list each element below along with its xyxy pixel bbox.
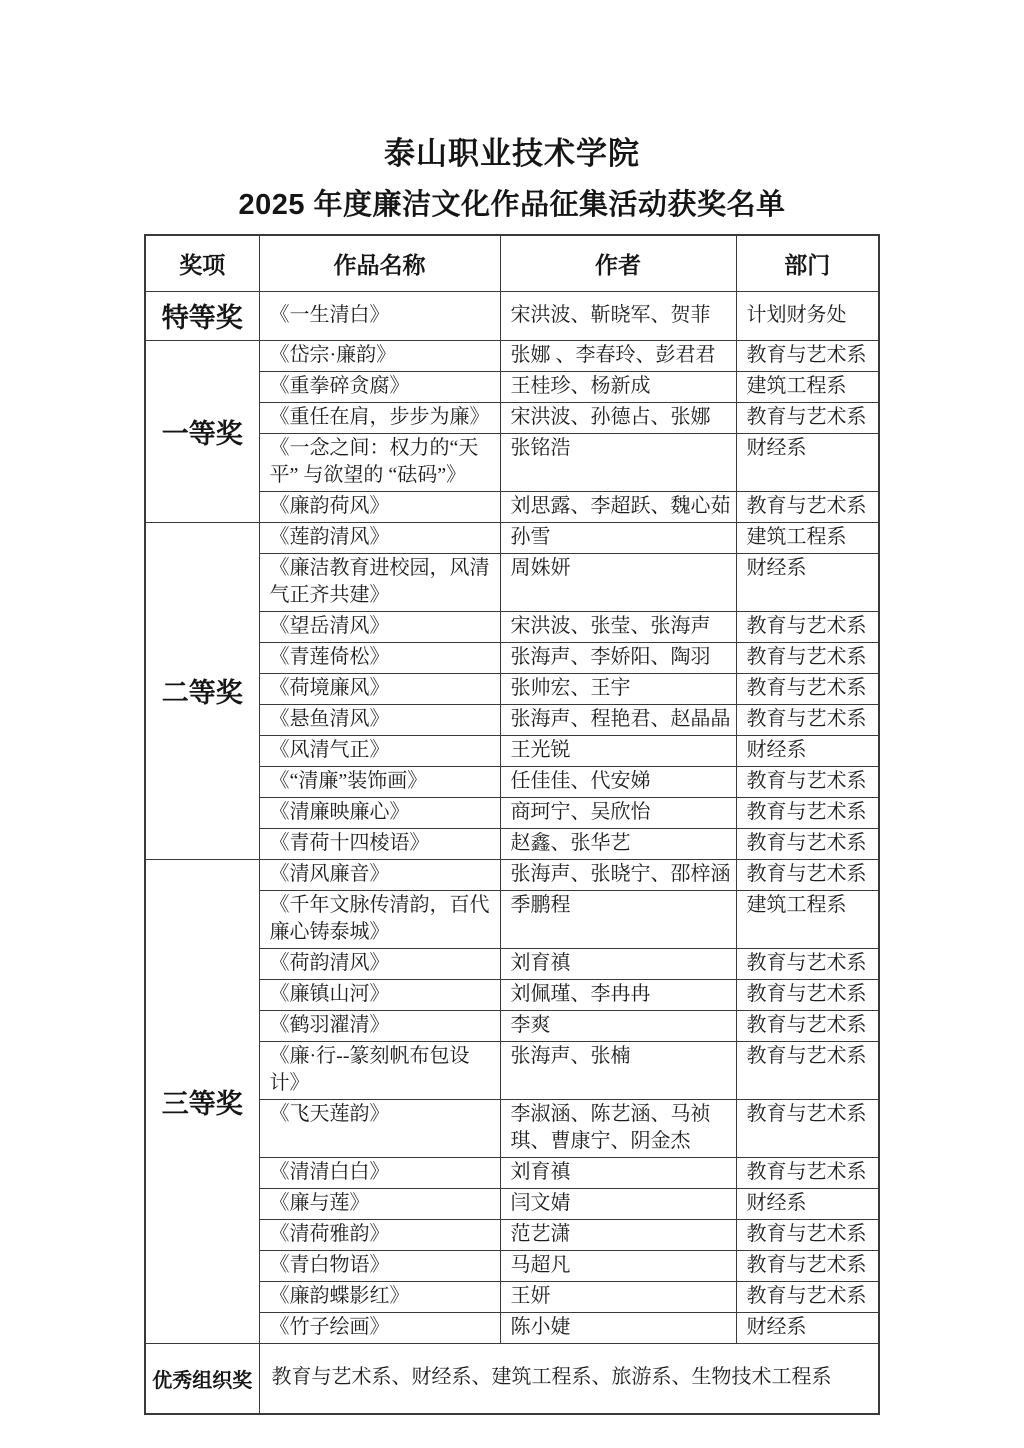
authors-cell: 张海声、李娇阳、陶羽 <box>500 642 736 673</box>
dept-cell: 建筑工程系 <box>736 522 879 553</box>
authors-cell: 孙雪 <box>500 522 736 553</box>
work-title-cell: 《廉与莲》 <box>259 1188 500 1219</box>
work-title-cell: 《鹤羽濯清》 <box>259 1010 500 1041</box>
dept-cell: 教育与艺术系 <box>736 673 879 704</box>
work-title-cell: 《飞天莲韵》 <box>259 1099 500 1157</box>
work-title-cell: 《清风廉音》 <box>259 859 500 890</box>
header-work-title: 作品名称 <box>259 235 500 291</box>
authors-cell: 范艺潇 <box>500 1219 736 1250</box>
authors-cell: 刘育禛 <box>500 1157 736 1188</box>
work-title-cell: 《廉镇山河》 <box>259 979 500 1010</box>
authors-cell: 刘育禛 <box>500 948 736 979</box>
work-title-cell: 《清荷雅韵》 <box>259 1219 500 1250</box>
work-title-cell: 《廉·行--篆刻帆布包设计》 <box>259 1041 500 1099</box>
work-title-cell: 《廉韵荷风》 <box>259 491 500 522</box>
authors-cell: 赵鑫、张华艺 <box>500 828 736 859</box>
org-award-label-cell: 优秀组织奖 <box>145 1343 259 1414</box>
authors-cell: 周姝妍 <box>500 553 736 611</box>
work-title-cell: 《青荷十四棱语》 <box>259 828 500 859</box>
table-row: 二等奖《莲韵清风》孙雪建筑工程系 <box>145 522 879 553</box>
dept-cell: 财经系 <box>736 433 879 491</box>
dept-cell: 教育与艺术系 <box>736 611 879 642</box>
header-authors: 作者 <box>500 235 736 291</box>
award-cell: 二等奖 <box>145 522 259 859</box>
dept-cell: 教育与艺术系 <box>736 797 879 828</box>
dept-cell: 教育与艺术系 <box>736 642 879 673</box>
authors-cell: 商珂宁、吴欣怡 <box>500 797 736 828</box>
award-cell: 特等奖 <box>145 291 259 340</box>
dept-cell: 教育与艺术系 <box>736 1219 879 1250</box>
dept-cell: 教育与艺术系 <box>736 402 879 433</box>
authors-cell: 马超凡 <box>500 1250 736 1281</box>
header-dept: 部门 <box>736 235 879 291</box>
header-award: 奖项 <box>145 235 259 291</box>
authors-cell: 张海声、张晓宁、邵梓涵 <box>500 859 736 890</box>
work-title-cell: 《廉洁教育进校园，风清气正齐共建》 <box>259 553 500 611</box>
authors-cell: 季鹏程 <box>500 890 736 948</box>
work-title-cell: 《廉韵蝶影红》 <box>259 1281 500 1312</box>
work-title-cell: 《悬鱼清风》 <box>259 704 500 735</box>
work-title-cell: 《竹子绘画》 <box>259 1312 500 1343</box>
dept-cell: 教育与艺术系 <box>736 340 879 371</box>
dept-cell: 教育与艺术系 <box>736 1099 879 1157</box>
award-cell: 一等奖 <box>145 340 259 522</box>
authors-cell: 张海声、张楠 <box>500 1041 736 1099</box>
authors-cell: 王光锐 <box>500 735 736 766</box>
authors-cell: 张娜 、李春玲、彭君君 <box>500 340 736 371</box>
dept-cell: 教育与艺术系 <box>736 1281 879 1312</box>
work-title-cell: 《重任在肩，步步为廉》 <box>259 402 500 433</box>
doc-subtitle: 2025 年度廉洁文化作品征集活动获奖名单 <box>0 186 1024 224</box>
dept-cell: 财经系 <box>736 1312 879 1343</box>
authors-cell: 王桂珍、杨新成 <box>500 371 736 402</box>
dept-cell: 财经系 <box>736 1188 879 1219</box>
authors-cell: 张海声、程艳君、赵晶晶 <box>500 704 736 735</box>
dept-cell: 计划财务处 <box>736 291 879 340</box>
document-page: 泰山职业技术学院 2025 年度廉洁文化作品征集活动获奖名单 奖项 作品名称 作… <box>0 0 1024 1448</box>
award-cell: 三等奖 <box>145 859 259 1343</box>
work-title-cell: 《一念之间：权力的“天平” 与欲望的 “砝码”》 <box>259 433 500 491</box>
dept-cell: 教育与艺术系 <box>736 766 879 797</box>
dept-cell: 教育与艺术系 <box>736 828 879 859</box>
work-title-cell: 《莲韵清风》 <box>259 522 500 553</box>
dept-cell: 教育与艺术系 <box>736 948 879 979</box>
org-award-content-cell: 教育与艺术系、财经系、建筑工程系、旅游系、生物技术工程系 <box>259 1343 879 1414</box>
work-title-cell: 《一生清白》 <box>259 291 500 340</box>
authors-cell: 闫文婧 <box>500 1188 736 1219</box>
authors-cell: 任佳佳、代安娣 <box>500 766 736 797</box>
table-row: 一等奖《岱宗·廉韵》张娜 、李春玲、彭君君教育与艺术系 <box>145 340 879 371</box>
work-title-cell: 《重拳碎贪腐》 <box>259 371 500 402</box>
dept-cell: 教育与艺术系 <box>736 979 879 1010</box>
dept-cell: 教育与艺术系 <box>736 1010 879 1041</box>
dept-cell: 教育与艺术系 <box>736 859 879 890</box>
table-row: 三等奖《清风廉音》张海声、张晓宁、邵梓涵教育与艺术系 <box>145 859 879 890</box>
work-title-cell: 《荷韵清风》 <box>259 948 500 979</box>
work-title-cell: 《岱宗·廉韵》 <box>259 340 500 371</box>
org-award-row: 优秀组织奖教育与艺术系、财经系、建筑工程系、旅游系、生物技术工程系 <box>145 1343 879 1414</box>
dept-cell: 财经系 <box>736 553 879 611</box>
work-title-cell: 《望岳清风》 <box>259 611 500 642</box>
authors-cell: 王妍 <box>500 1281 736 1312</box>
authors-cell: 陈小婕 <box>500 1312 736 1343</box>
work-title-cell: 《青白物语》 <box>259 1250 500 1281</box>
authors-cell: 宋洪波、靳晓军、贺菲 <box>500 291 736 340</box>
authors-cell: 李淑涵、陈艺涵、马祯琪、曹康宁、阴金杰 <box>500 1099 736 1157</box>
doc-title: 泰山职业技术学院 <box>0 134 1024 174</box>
authors-cell: 张铭浩 <box>500 433 736 491</box>
authors-cell: 李爽 <box>500 1010 736 1041</box>
work-title-cell: 《青莲倚松》 <box>259 642 500 673</box>
work-title-cell: 《千年文脉传清韵，百代廉心铸泰城》 <box>259 890 500 948</box>
table-header-row: 奖项 作品名称 作者 部门 <box>145 235 879 291</box>
work-title-cell: 《清廉映廉心》 <box>259 797 500 828</box>
authors-cell: 刘佩瑾、李冉冉 <box>500 979 736 1010</box>
table-row: 特等奖《一生清白》宋洪波、靳晓军、贺菲计划财务处 <box>145 291 879 340</box>
work-title-cell: 《清清白白》 <box>259 1157 500 1188</box>
dept-cell: 教育与艺术系 <box>736 704 879 735</box>
dept-cell: 教育与艺术系 <box>736 1041 879 1099</box>
dept-cell: 教育与艺术系 <box>736 491 879 522</box>
dept-cell: 建筑工程系 <box>736 371 879 402</box>
work-title-cell: 《风清气正》 <box>259 735 500 766</box>
work-title-cell: 《荷境廉风》 <box>259 673 500 704</box>
authors-cell: 张帅宏、王宇 <box>500 673 736 704</box>
authors-cell: 刘思露、李超跃、魏心茹 <box>500 491 736 522</box>
dept-cell: 教育与艺术系 <box>736 1157 879 1188</box>
authors-cell: 宋洪波、张莹、张海声 <box>500 611 736 642</box>
awards-table: 奖项 作品名称 作者 部门 特等奖《一生清白》宋洪波、靳晓军、贺菲计划财务处一等… <box>144 234 880 1415</box>
dept-cell: 建筑工程系 <box>736 890 879 948</box>
dept-cell: 教育与艺术系 <box>736 1250 879 1281</box>
authors-cell: 宋洪波、孙德占、张娜 <box>500 402 736 433</box>
table-body: 特等奖《一生清白》宋洪波、靳晓军、贺菲计划财务处一等奖《岱宗·廉韵》张娜 、李春… <box>145 291 879 1414</box>
dept-cell: 财经系 <box>736 735 879 766</box>
work-title-cell: 《“清廉”装饰画》 <box>259 766 500 797</box>
